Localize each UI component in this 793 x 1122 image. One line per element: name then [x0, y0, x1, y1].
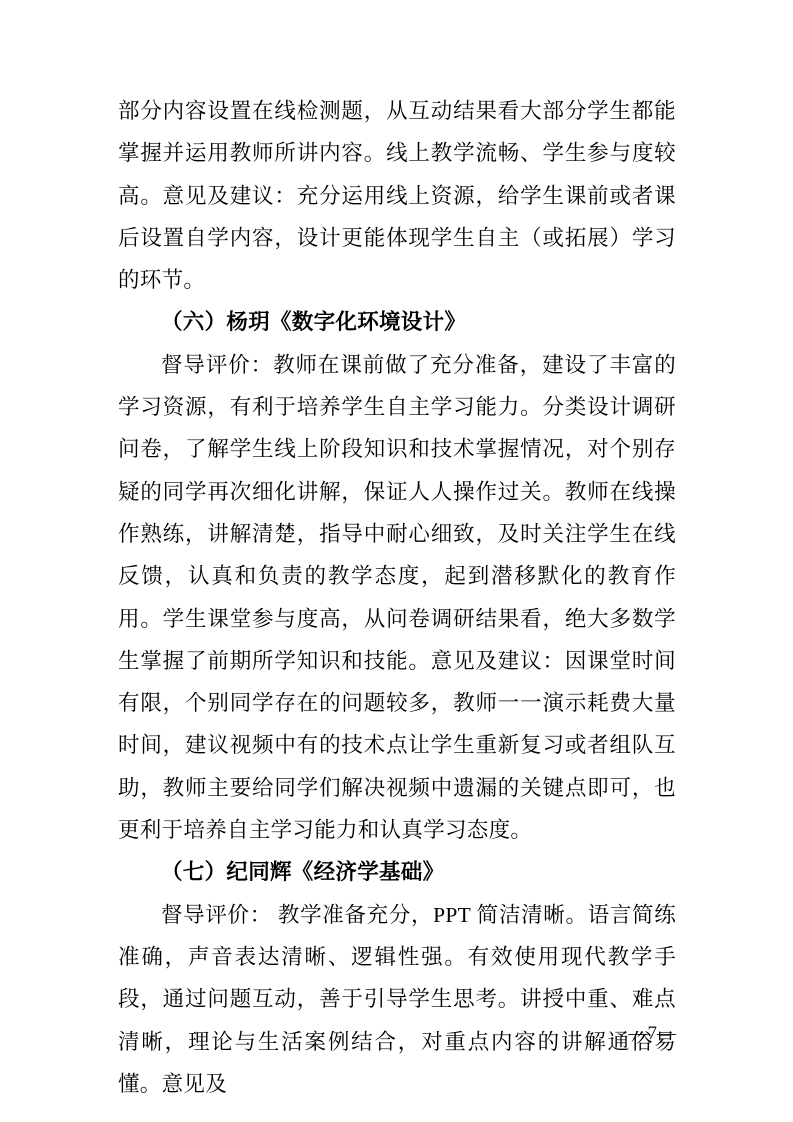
document-body: 部分内容设置在线检测题，从互动结果看大部分学生都能掌握并运用教师所讲内容。线上教… [118, 90, 676, 1105]
section-heading: （六）杨玥《数字化环境设计》 [118, 301, 676, 343]
paragraph: 部分内容设置在线检测题，从互动结果看大部分学生都能掌握并运用教师所讲内容。线上教… [118, 90, 676, 301]
paragraph: 督导评价： 教学准备充分，PPT 简洁清晰。语言简练准确，声音表达清晰、逻辑性强… [118, 894, 676, 1105]
paragraph: 督导评价：教师在课前做了充分准备，建设了丰富的学习资源，有利于培养学生自主学习能… [118, 344, 676, 852]
page-number: —7— [629, 1022, 677, 1046]
document-page: 部分内容设置在线检测题，从互动结果看大部分学生都能掌握并运用教师所讲内容。线上教… [0, 0, 793, 1122]
section-heading: （七）纪同辉《经济学基础》 [118, 851, 676, 893]
